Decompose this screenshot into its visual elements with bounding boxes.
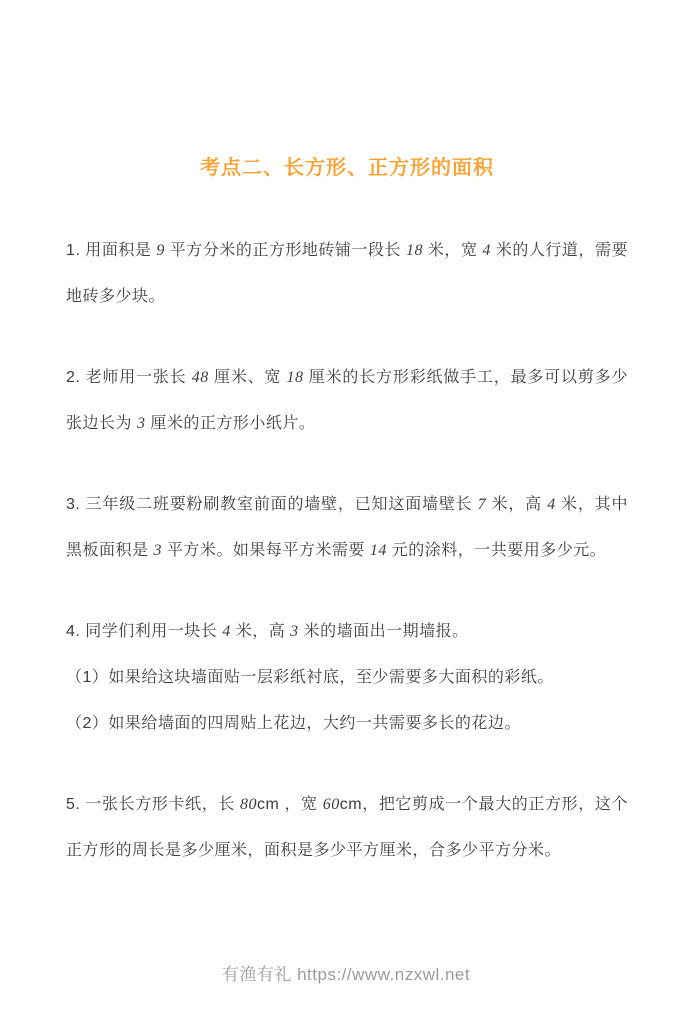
number-value: 4 — [547, 496, 556, 513]
question-paragraph: 3. 三年级二班要粉刷教室前面的墙壁，已知这面墙壁长 7 米，高 4 米，其中黑… — [66, 482, 628, 574]
number-value: 80 — [240, 796, 257, 813]
number-value: 4 — [222, 623, 231, 640]
text-run: 厘米、宽 — [209, 369, 287, 386]
number-value: 48 — [192, 369, 209, 386]
number-value: 60 — [323, 796, 340, 813]
number-value: 7 — [478, 496, 487, 513]
question-block: 5. 一张长方形卡纸，长 80cm ，宽 60cm，把它剪成一个最大的正方形，这… — [66, 782, 628, 874]
number-value: 3 — [290, 623, 299, 640]
text-run: 米，高 — [231, 623, 290, 640]
text-run: 4. 同学们利用一块长 — [66, 623, 222, 640]
text-run: 米的墙面出一期墙报。 — [299, 623, 469, 640]
question-paragraph: （2）如果给墙面的四周贴上花边，大约一共需要多长的花边。 — [66, 701, 628, 747]
text-run: 3. 三年级二班要粉刷教室前面的墙壁，已知这面墙壁长 — [66, 496, 478, 513]
question-block: 4. 同学们利用一块长 4 米，高 3 米的墙面出一期墙报。（1）如果给这块墙面… — [66, 609, 628, 747]
question-paragraph: （1）如果给这块墙面贴一层彩纸衬底，至少需要多大面积的彩纸。 — [66, 655, 628, 701]
questions: 1. 用面积是 9 平方分米的正方形地砖铺一段长 18 米，宽 4 米的人行道，… — [66, 228, 628, 874]
number-value: 14 — [370, 542, 387, 559]
number-value: 18 — [406, 242, 423, 259]
number-value: 3 — [153, 542, 162, 559]
worksheet-content: 考点二、长方形、正方形的面积 1. 用面积是 9 平方分米的正方形地砖铺一段长 … — [66, 153, 628, 909]
question-block: 3. 三年级二班要粉刷教室前面的墙壁，已知这面墙壁长 7 米，高 4 米，其中黑… — [66, 482, 628, 574]
text-run: 厘米的正方形小纸片。 — [145, 415, 315, 432]
question-paragraph: 4. 同学们利用一块长 4 米，高 3 米的墙面出一期墙报。 — [66, 609, 628, 655]
question-block: 1. 用面积是 9 平方分米的正方形地砖铺一段长 18 米，宽 4 米的人行道，… — [66, 228, 628, 320]
text-run: 米，宽 — [423, 242, 482, 259]
number-value: 9 — [156, 242, 165, 259]
text-run: cm ，宽 — [257, 796, 323, 813]
question-paragraph: 1. 用面积是 9 平方分米的正方形地砖铺一段长 18 米，宽 4 米的人行道，… — [66, 228, 628, 320]
worksheet-page: 考点二、长方形、正方形的面积 1. 用面积是 9 平方分米的正方形地砖铺一段长 … — [0, 0, 692, 1024]
text-run: 元的涂料，一共要用多少元。 — [387, 542, 606, 559]
question-paragraph: 2. 老师用一张长 48 厘米、宽 18 厘米的长方形彩纸做手工，最多可以剪多少… — [66, 355, 628, 447]
question-paragraph: 5. 一张长方形卡纸，长 80cm ，宽 60cm，把它剪成一个最大的正方形，这… — [66, 782, 628, 874]
text-run: 平方米。如果每平方米需要 — [162, 542, 370, 559]
number-value: 4 — [482, 242, 491, 259]
number-value: 18 — [287, 369, 304, 386]
text-run: 米，高 — [486, 496, 547, 513]
text-run: 平方分米的正方形地砖铺一段长 — [165, 242, 406, 259]
page-title: 考点二、长方形、正方形的面积 — [66, 153, 628, 183]
text-run: （1）如果给这块墙面贴一层彩纸衬底，至少需要多大面积的彩纸。 — [66, 669, 554, 686]
text-run: 1. 用面积是 — [66, 242, 156, 259]
text-run: （2）如果给墙面的四周贴上花边，大约一共需要多长的花边。 — [66, 715, 521, 732]
text-run: 5. 一张长方形卡纸，长 — [66, 796, 240, 813]
text-run: 2. 老师用一张长 — [66, 369, 192, 386]
footer-watermark: 有渔有礼 https://www.nzxwl.net — [0, 960, 692, 985]
question-block: 2. 老师用一张长 48 厘米、宽 18 厘米的长方形彩纸做手工，最多可以剪多少… — [66, 355, 628, 447]
